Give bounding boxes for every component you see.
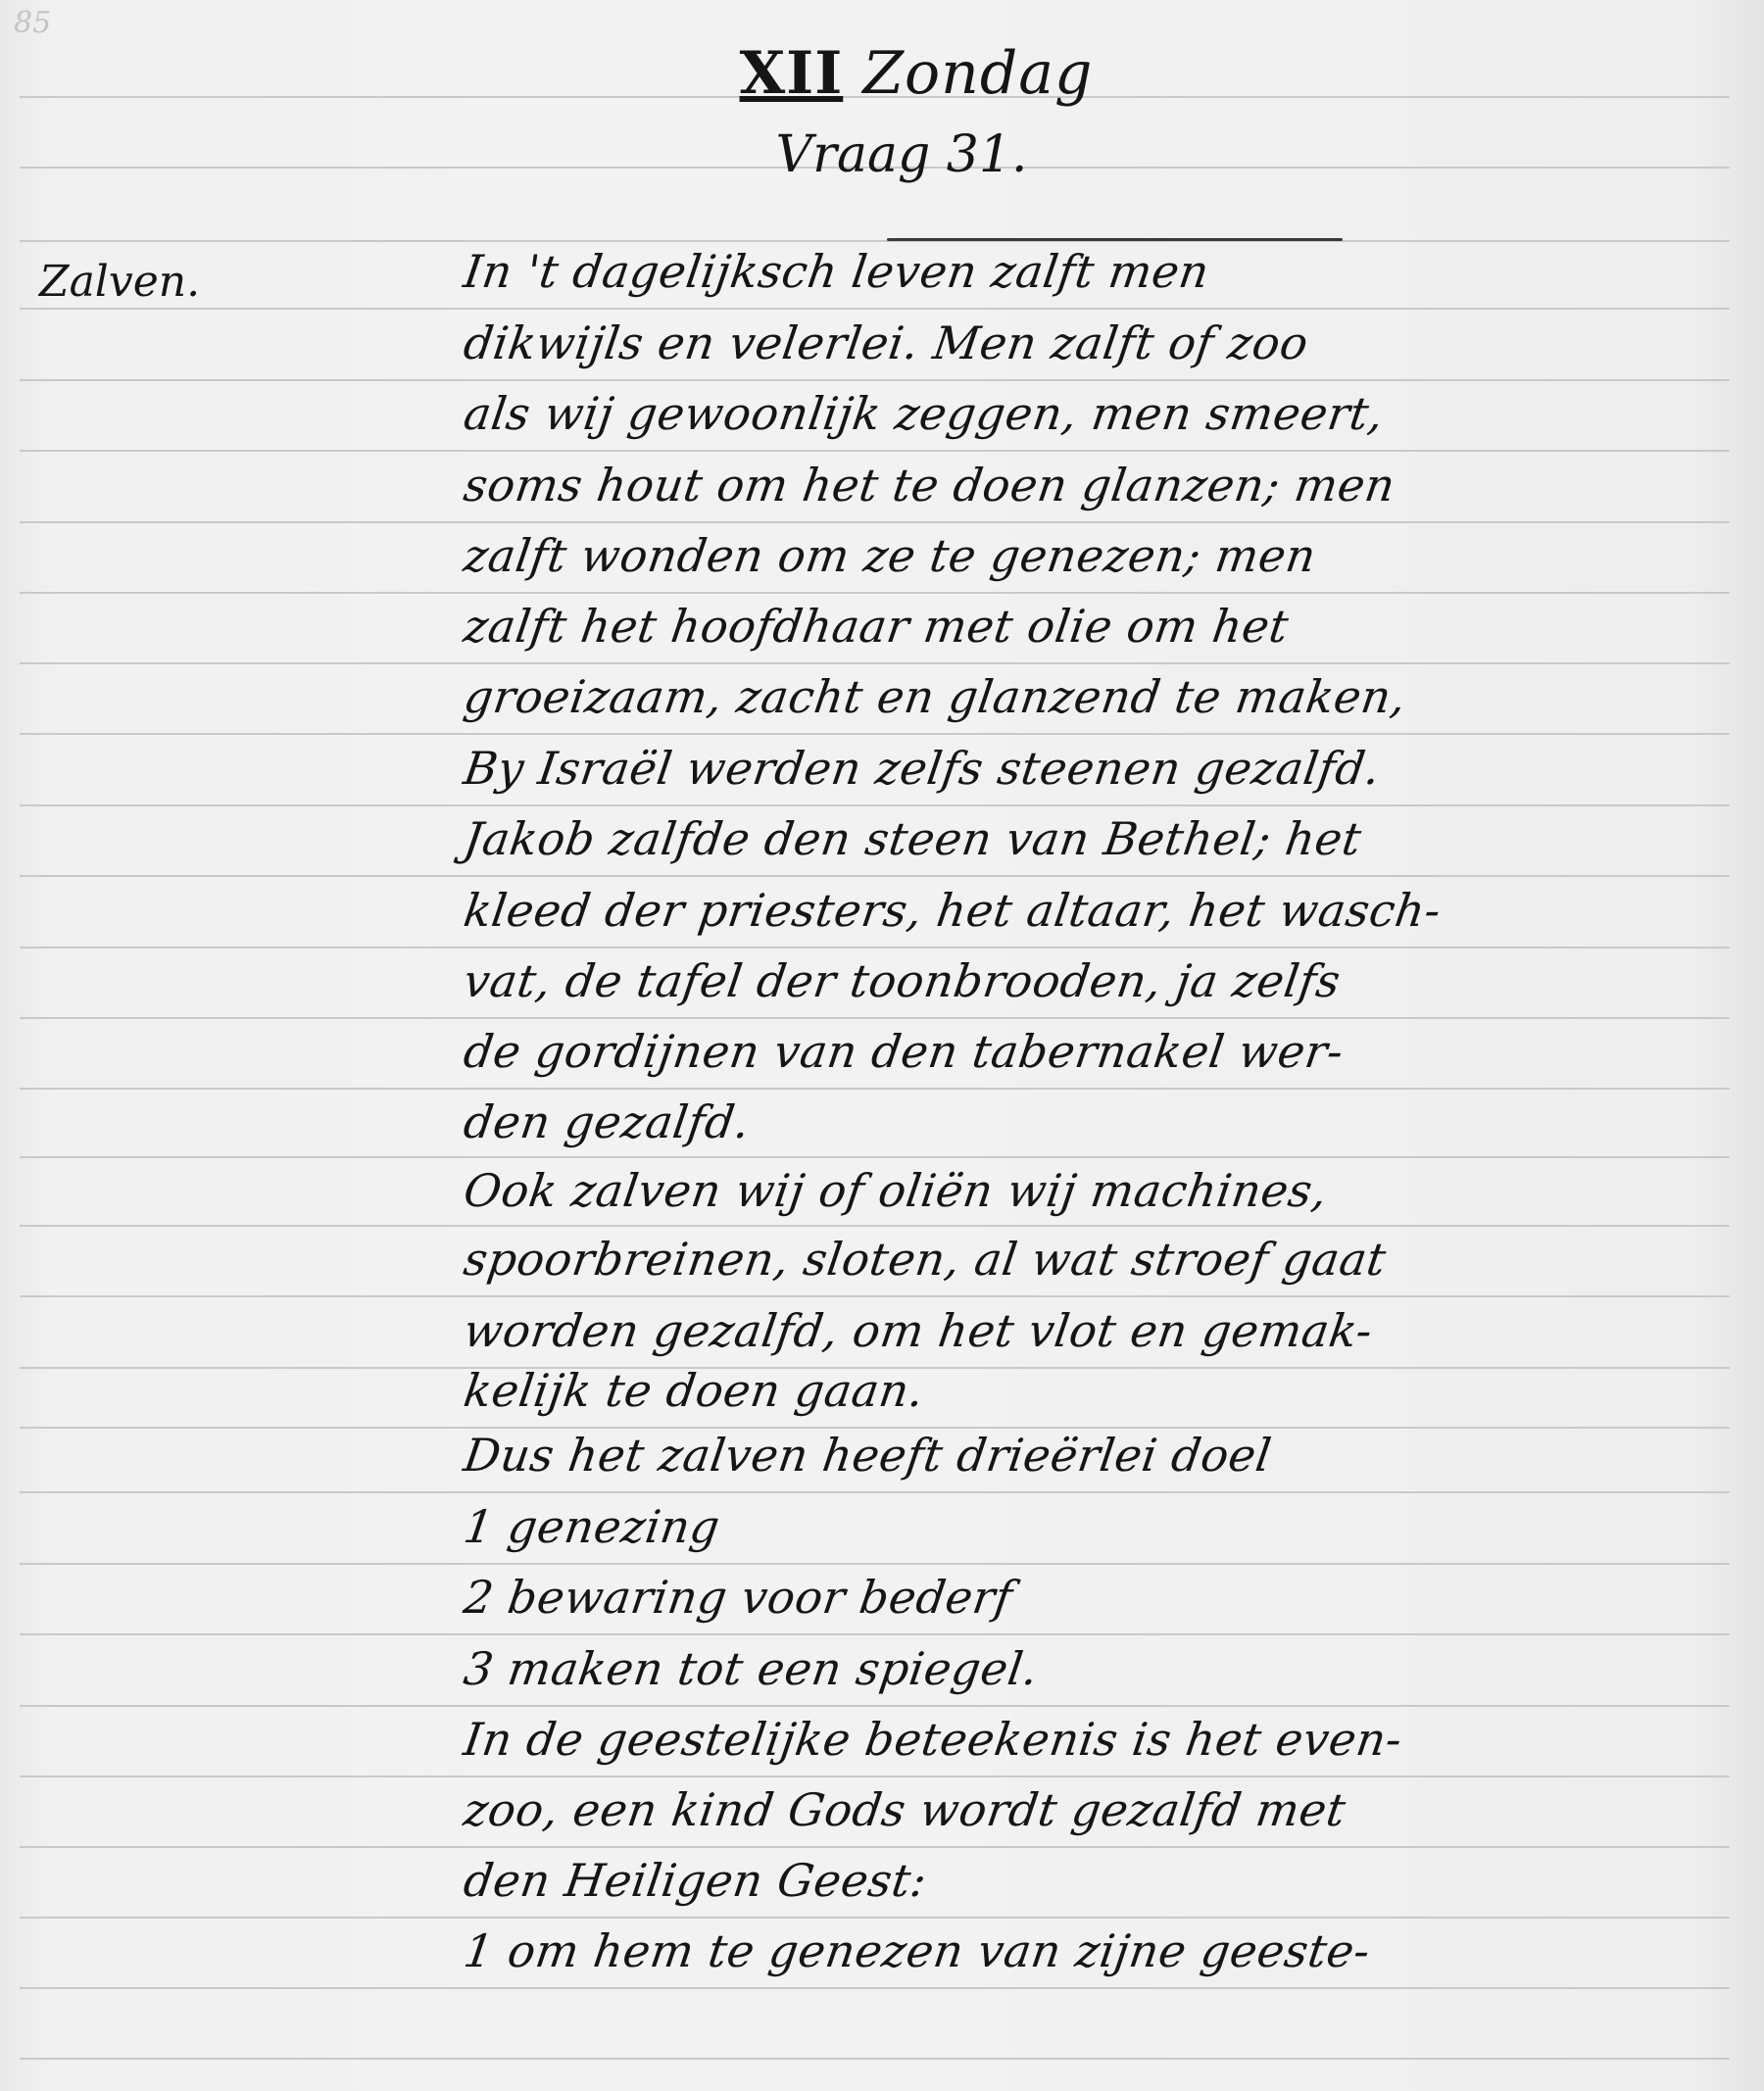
ruled-line (20, 1295, 1730, 1297)
text-line: kelijk te doen gaan. (461, 1364, 1742, 1417)
ruled-line (20, 804, 1730, 806)
text-line: als wij gewoonlijk zeggen, men smeert, (461, 387, 1742, 440)
ruled-line (20, 1563, 1730, 1565)
ruled-line (20, 1917, 1730, 1919)
ruled-line (20, 1705, 1730, 1707)
text-line: kleed der priesters, het altaar, het was… (461, 884, 1742, 937)
ruled-line (20, 240, 1730, 242)
text-line: den Heiligen Geest: (461, 1854, 1742, 1907)
heading-word: Zondag (862, 39, 1093, 108)
ruled-line (20, 947, 1730, 948)
margin-note: Zalven. (39, 257, 200, 307)
page-subheading: Vraag 31. (0, 125, 1764, 184)
ruled-line (20, 2058, 1730, 2060)
text-line: zoo, een kind Gods wordt gezalfd met (461, 1783, 1742, 1836)
heading-separator (887, 238, 1343, 241)
ruled-line (20, 1225, 1730, 1227)
page-number: 85 (14, 6, 51, 40)
page-heading: XII Zondag (0, 39, 1764, 108)
text-line: In de geestelijke beteekenis is het even… (461, 1713, 1742, 1766)
heading-roman-numeral: XII (740, 39, 844, 108)
ruled-line (20, 1987, 1730, 1989)
ruled-line (20, 1017, 1730, 1019)
text-line: de gordijnen van den tabernakel wer- (461, 1025, 1742, 1078)
notebook-page: 85 XII Zondag Vraag 31. Zalven. In 't da… (0, 0, 1764, 2091)
text-line: 1 genezing (461, 1500, 1742, 1553)
text-line: zalft het hoofdhaar met olie om het (461, 600, 1742, 653)
ruled-line (20, 1088, 1730, 1090)
text-line: groeizaam, zacht en glanzend te maken, (461, 670, 1742, 723)
text-line: 1 om hem te genezen van zijne geeste- (461, 1924, 1742, 1977)
text-line: soms hout om het te doen glanzen; men (461, 459, 1742, 511)
text-line: 3 maken tot een spiegel. (461, 1642, 1742, 1695)
ruled-line (20, 1491, 1730, 1493)
ruled-line (20, 379, 1730, 381)
text-line: dikwijls en velerlei. Men zalft of zoo (461, 316, 1742, 369)
text-line: zalft wonden om ze te genezen; men (461, 529, 1742, 582)
text-line: 2 bewaring voor bederf (461, 1571, 1742, 1624)
ruled-line (20, 1775, 1730, 1777)
ruled-line (20, 521, 1730, 523)
text-line: Ook zalven wij of oliën wij machines, (461, 1164, 1742, 1217)
ruled-line (20, 1156, 1730, 1158)
text-line: By Israël werden zelfs steenen gezalfd. (461, 742, 1742, 795)
text-line: spoorbreinen, sloten, al wat stroef gaat (461, 1233, 1742, 1286)
ruled-line (20, 592, 1730, 594)
text-line: In 't dagelijksch leven zalft men (461, 245, 1742, 298)
ruled-line (20, 875, 1730, 877)
ruled-line (20, 1846, 1730, 1848)
ruled-line (20, 1633, 1730, 1635)
ruled-line (20, 308, 1730, 310)
text-line: vat, de tafel der toonbrooden, ja zelfs (461, 954, 1742, 1007)
text-line: den gezalfd. (461, 1095, 1742, 1148)
text-line: Dus het zalven heeft drieërlei doel (461, 1429, 1742, 1482)
text-line: Jakob zalfde den steen van Bethel; het (461, 812, 1742, 865)
ruled-line (20, 450, 1730, 452)
ruled-line (20, 662, 1730, 664)
ruled-line (20, 733, 1730, 735)
text-line: worden gezalfd, om het vlot en gemak- (461, 1304, 1742, 1357)
